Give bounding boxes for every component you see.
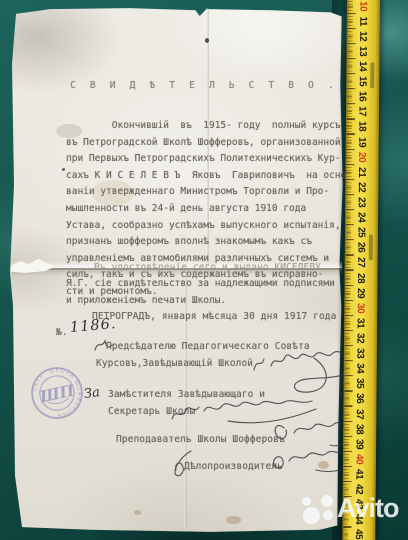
tape-cm-cell: 29 (344, 285, 377, 300)
certificate-title: С В И Д Ѣ Т Е Л Ь С Т В О . (66, 80, 342, 91)
tape-cm-cell: 35 (344, 376, 377, 391)
tape-cm-cell: 24 (345, 210, 378, 225)
tape-cm-cell: 31 (344, 315, 377, 330)
issuance-line: Я.Г. сіе свидѣтельство за надлежащими по… (66, 278, 335, 295)
tape-cm-cell: 36 (343, 391, 376, 406)
tape-cm-cell: 20 (346, 149, 379, 164)
body-line: въ Петроградской Школѣ Шофферовъ, органи… (66, 137, 375, 154)
tape-cm-cell: 21 (345, 164, 378, 179)
tape-cm-cell: 17 (346, 104, 379, 119)
tape-number: 13 (357, 43, 368, 59)
tape-cm-cell: 12 (347, 28, 380, 43)
tape-number: 12 (357, 28, 368, 44)
tape-joint-mark (370, 62, 374, 88)
stain (226, 516, 241, 524)
tape-number: 33 (354, 345, 365, 361)
teacher-line: Преподаватель Школы Шофферовъ (116, 434, 285, 445)
tape-cm-cell: 39 (343, 436, 376, 451)
tape-cm-cell: 37 (343, 406, 376, 421)
tape-cm-cell: 10 (347, 0, 380, 13)
issuance-lines: Я.Г. сіе свидѣтельство за надлежащими по… (66, 278, 335, 311)
certificate-body: Окончившій въ 1915- году полный курсъ на… (66, 120, 375, 303)
tape-number: 29 (355, 285, 366, 301)
body-line: при Первыхъ Петроградскихъ Политехническ… (66, 153, 375, 170)
tape-number: 39 (354, 436, 365, 452)
tape-number: 40 (353, 451, 364, 467)
tape-number: 21 (356, 164, 367, 180)
city-date-line: ПЕТРОГРАДЪ, января мѣсяца 30 дня 1917 го… (92, 311, 336, 322)
tape-cm-cell: 30 (344, 300, 377, 315)
tape-cm-cell: 22 (345, 179, 378, 194)
avito-logo-circle (321, 495, 333, 507)
stain (134, 510, 141, 515)
avito-watermark: Avito (300, 494, 408, 534)
tape-cm-cell: 18 (346, 119, 379, 134)
tape-cm-cell: 41 (343, 466, 376, 481)
tape-number: 37 (354, 406, 365, 422)
tape-cm-cell: 28 (344, 270, 377, 285)
tape-number: 24 (356, 209, 367, 225)
tape-number: 27 (355, 254, 366, 270)
chairman-line-2: Курсовъ,Завѣдывающій Школой (96, 358, 253, 369)
tape-cm-cell: 14 (346, 58, 379, 73)
tape-number: 41 (353, 466, 364, 482)
tape-cm-cell: 15 (346, 74, 379, 89)
tape-cm-cell: 23 (345, 194, 378, 209)
tape-number: 18 (356, 119, 367, 135)
tape-number: 22 (356, 179, 367, 195)
measuring-tape: 1011121314151617181920212223242526272829… (342, 0, 380, 540)
tape-joint-mark (369, 234, 373, 260)
tape-number: 19 (356, 134, 367, 150)
body-line: Устава, сообразно успѣхамъ выпускного ис… (66, 220, 375, 237)
speck (62, 168, 65, 171)
tape-number: 36 (354, 390, 365, 406)
body-line: мышленности въ 24-й день августа 1910 го… (66, 203, 375, 220)
issuance-line: и приложеніемъ печати Школы. (66, 295, 335, 312)
body-line: ваніи утвержденнаго Министромъ Торговли … (66, 186, 375, 203)
avito-logo-circle (323, 510, 333, 520)
tape-cm-cell: 33 (344, 346, 377, 361)
tape-number: 11 (357, 13, 368, 29)
tape-cm-cell: 26 (345, 240, 378, 255)
tape-number: 28 (355, 270, 366, 286)
tape-scale: 1011121314151617181920212223242526272829… (342, 0, 380, 540)
school-stamp: · ПЕТР· ШКОЛА ШОФФЕРОВЪ · ШП (25, 361, 89, 425)
tape-cm-cell: 11 (347, 13, 380, 28)
fold-faded-line: Въ удостовѣреніе сего и выдано КИСЕЛЕВУ (94, 262, 321, 273)
tape-number: 23 (356, 194, 367, 210)
body-line: Окончившій въ 1915- году полный курсъ на… (66, 120, 375, 137)
avito-logo-circle (302, 497, 311, 506)
tape-cm-cell: 32 (344, 330, 377, 345)
tape-number: 16 (357, 88, 368, 104)
number-sign: №. (56, 327, 68, 338)
tape-number: 31 (355, 315, 366, 331)
body-line: признанъ шофферомъ вполнѣ знакомымъ какъ… (66, 236, 375, 253)
tape-cm-cell: 16 (346, 89, 379, 104)
tape-cm-cell: 27 (345, 255, 378, 270)
tape-number: 35 (354, 375, 365, 391)
avito-logo-circle (303, 507, 320, 524)
speck (205, 38, 209, 43)
tape-cm-cell: 38 (343, 421, 376, 436)
photo-scene: С В И Д Ѣ Т Е Л Ь С Т В О . Окончившій в… (0, 0, 408, 540)
tape-number: 25 (355, 224, 366, 240)
tape-number: 15 (357, 73, 368, 89)
tape-cm-cell: 34 (344, 361, 377, 376)
avito-wordmark: Avito (337, 493, 399, 524)
body-line: сахъ К И С Е Л Е В Ъ Яковъ Гавриловичъ н… (66, 170, 375, 187)
tape-number: 20 (356, 149, 367, 165)
tape-number: 34 (354, 360, 365, 376)
tape-number: 26 (355, 239, 366, 255)
tape-number: 32 (354, 330, 365, 346)
tape-cm-cell: 40 (343, 451, 376, 466)
tape-number: 38 (354, 421, 365, 437)
tape-cm-cell: 13 (346, 43, 379, 58)
tape-cm-cell: 19 (346, 134, 379, 149)
tape-number: 14 (357, 58, 368, 74)
tape-cm-cell: 25 (345, 225, 378, 240)
tape-number: 10 (357, 0, 368, 14)
tape-number: 17 (356, 103, 367, 119)
tape-number: 30 (355, 300, 366, 316)
